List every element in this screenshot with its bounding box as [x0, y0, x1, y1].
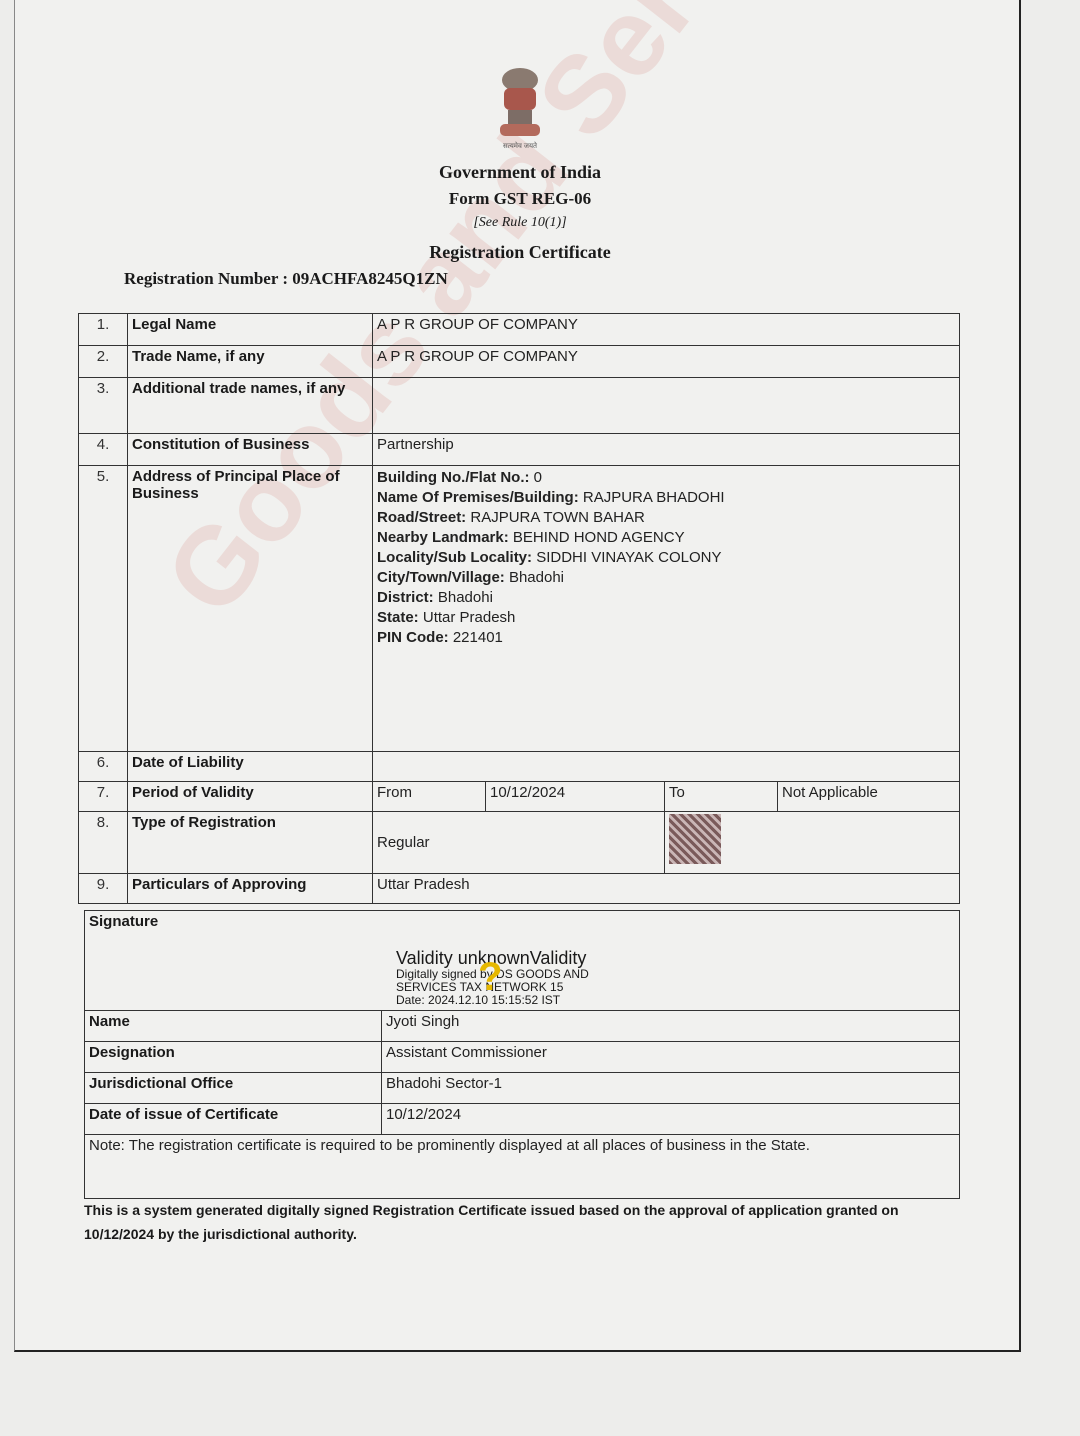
- officer-label: Jurisdictional Office: [85, 1073, 382, 1104]
- row-number: 1.: [79, 314, 128, 346]
- address-line: Road/Street: RAJPURA TOWN BAHAR: [377, 508, 955, 528]
- constitution-value: Partnership: [373, 434, 960, 466]
- table-row: 1. Legal Name A P R GROUP OF COMPANY: [79, 314, 960, 346]
- svg-text:सत्यमेव जयते: सत्यमेव जयते: [503, 141, 538, 150]
- question-mark-icon: ?: [478, 955, 502, 1000]
- legal-name-value: A P R GROUP OF COMPANY: [373, 314, 960, 346]
- row-number: 9.: [79, 874, 128, 904]
- address-line: District: Bhadohi: [377, 588, 955, 608]
- address-line: Building No./Flat No.: 0: [377, 468, 955, 488]
- row-label: Additional trade names, if any: [128, 378, 373, 434]
- row-label: Legal Name: [128, 314, 373, 346]
- table-row: Designation Assistant Commissioner: [85, 1042, 960, 1073]
- qr-code-icon: [669, 814, 721, 864]
- address-line: Locality/Sub Locality: SIDDHI VINAYAK CO…: [377, 548, 955, 568]
- row-number: 4.: [79, 434, 128, 466]
- jurisdictional-office-value: Bhadohi Sector-1: [382, 1073, 960, 1104]
- officer-label: Name: [85, 1011, 382, 1042]
- address-line: PIN Code: 221401: [377, 628, 955, 648]
- issue-date-value: 10/12/2024: [382, 1104, 960, 1135]
- form-name: Form GST REG-06: [0, 189, 1040, 209]
- row-label: Constitution of Business: [128, 434, 373, 466]
- row-label: Period of Validity: [128, 782, 373, 812]
- row-number: 3.: [79, 378, 128, 434]
- approving-particulars-value: Uttar Pradesh: [373, 874, 960, 904]
- officer-label: Designation: [85, 1042, 382, 1073]
- row-label: Trade Name, if any: [128, 346, 373, 378]
- to-label: To: [665, 782, 778, 812]
- title-govt: Government of India: [0, 162, 1040, 183]
- row-label: Address of Principal Place of Business: [128, 466, 373, 752]
- table-row: 2. Trade Name, if any A P R GROUP OF COM…: [79, 346, 960, 378]
- address-line: City/Town/Village: Bhadohi: [377, 568, 955, 588]
- display-note: Note: The registration certificate is re…: [85, 1135, 960, 1199]
- additional-trade-names-value: [373, 378, 960, 434]
- address-line: State: Uttar Pradesh: [377, 608, 955, 628]
- row-label: Type of Registration: [128, 812, 373, 874]
- rule-reference: [See Rule 10(1)]: [0, 215, 1040, 231]
- registration-number: Registration Number : 09ACHFA8245Q1ZN: [124, 269, 448, 289]
- validity-to-value: Not Applicable: [778, 782, 960, 812]
- table-row: Date of issue of Certificate 10/12/2024: [85, 1104, 960, 1135]
- row-label: Date of Liability: [128, 752, 373, 782]
- table-row: Jurisdictional Office Bhadohi Sector-1: [85, 1073, 960, 1104]
- row-number: 7.: [79, 782, 128, 812]
- officer-name-value: Jyoti Singh: [382, 1011, 960, 1042]
- row-label: Particulars of Approving: [128, 874, 373, 904]
- designation-value: Assistant Commissioner: [382, 1042, 960, 1073]
- table-row: 4. Constitution of Business Partnership: [79, 434, 960, 466]
- table-row: 9. Particulars of Approving Uttar Prades…: [79, 874, 960, 904]
- qr-cell: [665, 812, 960, 874]
- table-row: 6. Date of Liability: [79, 752, 960, 782]
- table-row: 3. Additional trade names, if any: [79, 378, 960, 434]
- row-number: 6.: [79, 752, 128, 782]
- table-row: 8. Type of Registration Regular: [79, 812, 960, 874]
- national-emblem-icon: सत्यमेव जयते: [490, 62, 550, 152]
- table-row: 7. Period of Validity From 10/12/2024 To…: [79, 782, 960, 812]
- registration-type-value: Regular: [373, 812, 665, 874]
- validity-from-value: 10/12/2024: [486, 782, 665, 812]
- details-table: 1. Legal Name A P R GROUP OF COMPANY 2. …: [78, 313, 960, 904]
- footer-statement: This is a system generated digitally sig…: [84, 1198, 954, 1246]
- row-number: 5.: [79, 466, 128, 752]
- trade-name-value: A P R GROUP OF COMPANY: [373, 346, 960, 378]
- address-line: Name Of Premises/Building: RAJPURA BHADO…: [377, 488, 955, 508]
- address-line: Nearby Landmark: BEHIND HOND AGENCY: [377, 528, 955, 548]
- address-value: Building No./Flat No.: 0 Name Of Premise…: [373, 466, 960, 752]
- table-row: Name Jyoti Singh: [85, 1011, 960, 1042]
- row-number: 2.: [79, 346, 128, 378]
- table-row: 5. Address of Principal Place of Busines…: [79, 466, 960, 752]
- date-of-liability-value: [373, 752, 960, 782]
- row-number: 8.: [79, 812, 128, 874]
- officer-label: Date of issue of Certificate: [85, 1104, 382, 1135]
- note-row: Note: The registration certificate is re…: [85, 1135, 960, 1199]
- from-label: From: [373, 782, 486, 812]
- certificate-title: Registration Certificate: [0, 242, 1040, 263]
